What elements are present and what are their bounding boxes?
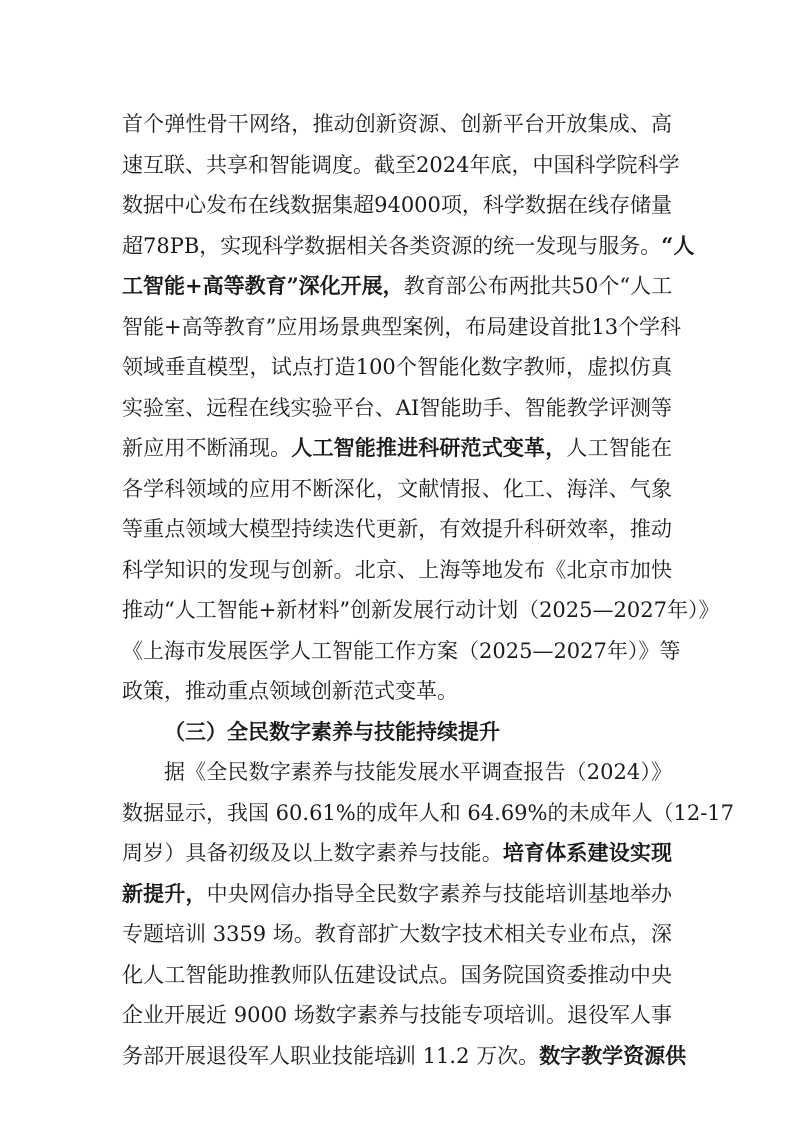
text-line: 速互联、共享和智能调度。截至2024年底，中国科学院科学	[122, 145, 672, 185]
emphasis-text: 人工智能推进科研范式变革，	[291, 435, 566, 460]
emphasis-text: 培育体系建设实现	[503, 840, 672, 865]
text-line: 科学知识的发现与创新。北京、上海等地发布《北京市加快	[122, 550, 672, 590]
page-number: 22	[0, 1053, 793, 1068]
text-line: 智能+高等教育”应用场景典型案例，布局建设首批13个学科	[122, 307, 672, 347]
text-line: 数据中心发布在线数据集超94000项，科学数据在线存储量	[122, 185, 672, 225]
text-line: 政策，推动重点领域创新范式变革。	[122, 671, 672, 711]
text-line: 数据显示，我国 60.61%的成年人和 64.69%的未成年人（12-17	[122, 793, 672, 833]
text-line: 首个弹性骨干网络，推动创新资源、创新平台开放集成、高	[122, 104, 672, 144]
section-heading: （三）全民数字素养与技能持续提升	[164, 712, 584, 752]
text-line: 领域垂直模型，试点打造100个智能化数字教师，虚拟仿真	[122, 347, 672, 387]
text-line: 推动“人工智能+新材料”创新发展行动计划（2025—2027年）》	[122, 590, 672, 630]
text-line: 据《全民数字素养与技能发展水平调查报告（2024）》	[164, 752, 672, 792]
text-line: 超78PB，实现科学数据相关各类资源的统一发现与服务。“人	[122, 226, 672, 266]
text-line: 《上海市发展医学人工智能工作方案（2025—2027年）》等	[122, 631, 672, 671]
text-line: 化人工智能助推教师队伍建设试点。国务院国资委推动中央	[122, 955, 672, 995]
text-line: 新提升，中央网信办指导全民数字素养与技能培训基地举办	[122, 874, 672, 914]
text-line: 各学科领域的应用不断深化，文献情报、化工、海洋、气象	[122, 469, 672, 509]
text-line: 工智能+高等教育”深化开展，教育部公布两批共50个“人工	[122, 266, 672, 306]
text-line: 等重点领域大模型持续迭代更新，有效提升科研效率，推动	[122, 509, 672, 549]
text-line: 新应用不断涌现。人工智能推进科研范式变革，人工智能在	[122, 428, 672, 468]
text-line: 实验室、远程在线实验平台、AI智能助手、智能教学评测等	[122, 388, 672, 428]
text-line: 专题培训 3359 场。教育部扩大数字技术相关专业布点，深	[122, 914, 672, 954]
text-line: 企业开展近 9000 场数字素养与技能专项培训。退役军人事	[122, 995, 672, 1035]
emphasis-text: 新提升，	[122, 881, 207, 906]
document-page: 首个弹性骨干网络，推动创新资源、创新平台开放集成、高 速互联、共享和智能调度。截…	[0, 0, 793, 1122]
text-line: 周岁）具备初级及以上数字素养与技能。培育体系建设实现	[122, 833, 672, 873]
emphasis-text: 工智能+高等教育”深化开展，	[122, 273, 404, 298]
emphasis-text: “人	[661, 233, 694, 258]
